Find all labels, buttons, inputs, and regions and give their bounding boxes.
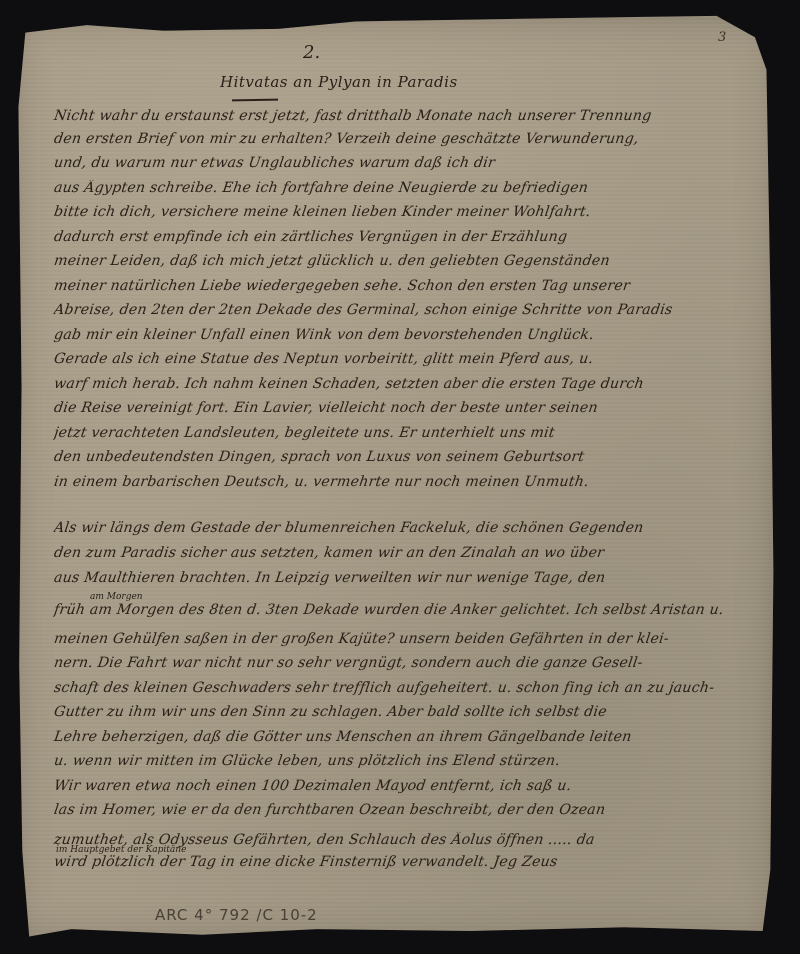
text-line: Gerade als ich eine Statue des Neptun vo… [53, 351, 780, 367]
text-line: meiner Leiden, daß ich mich jetzt glückl… [53, 253, 780, 269]
text-line: jetzt verachteten Landsleuten, begleitet… [53, 425, 780, 441]
letter-title: Hitvatas an Pylyan in Paradis [220, 73, 458, 91]
text-line: Gutter zu ihm wir uns den Sinn zu schlag… [53, 704, 780, 720]
folio-number: 3 [718, 30, 726, 45]
text-line: in einem barbarischen Deutsch, u. vermeh… [53, 474, 780, 490]
text-line: dadurch erst empfinde ich ein zärtliches… [53, 229, 780, 245]
text-line: Lehre beherzigen, daß die Götter uns Men… [53, 729, 780, 745]
text-line: Abreise, den 2ten der 2ten Dekade des Ge… [53, 302, 780, 318]
text-line: wird plötzlich der Tag in eine dicke Fin… [53, 854, 780, 870]
text-line: meinen Gehülfen saßen in der großen Kajü… [53, 631, 780, 647]
text-line: las im Homer, wie er da den furchtbaren … [53, 802, 780, 818]
text-line: aus Maulthieren brachten. In Leipzig ver… [53, 570, 780, 586]
text-line: Nicht wahr du erstaunst erst jetzt, fast… [53, 108, 780, 124]
interlinear-note: im Hauptgebet der Kapitäne [56, 845, 186, 855]
text-line: den ersten Brief von mir zu erhalten? Ve… [53, 131, 780, 147]
text-line: nern. Die Fahrt war nicht nur so sehr ve… [53, 655, 780, 671]
text-line: gab mir ein kleiner Unfall einen Wink vo… [53, 327, 780, 343]
interlinear-note: am Morgen [90, 592, 143, 602]
text-line: aus Ägypten schreibe. Ehe ich fortfahre … [53, 180, 780, 196]
text-line: warf mich herab. Ich nahm keinen Schaden… [53, 376, 780, 392]
text-line: früh am Morgen des 8ten d. 3ten Dekade w… [53, 602, 780, 618]
text-line: bitte ich dich, versichere meine kleinen… [53, 204, 780, 220]
text-line: u. wenn wir mitten im Glücke leben, uns … [53, 753, 780, 769]
archive-shelfmark: ARC 4° 792 /C 10-2 [155, 906, 318, 924]
text-line: schaft des kleinen Geschwaders sehr tref… [53, 680, 780, 696]
text-line: den unbedeutendsten Dingen, sprach von L… [53, 449, 780, 465]
text-line: und, du warum nur etwas Unglaubliches wa… [53, 155, 780, 171]
text-line: den zum Paradis sicher aus setzten, kame… [53, 545, 780, 561]
text-line: meiner natürlichen Liebe wiedergegeben s… [53, 278, 780, 294]
text-line: Wir waren etwa noch einen 100 Dezimalen … [53, 778, 780, 794]
page-number: 2. [303, 42, 320, 63]
text-line: die Reise vereinigt fort. Ein Lavier, vi… [53, 400, 780, 416]
text-line: Als wir längs dem Gestade der blumenreic… [53, 520, 780, 536]
